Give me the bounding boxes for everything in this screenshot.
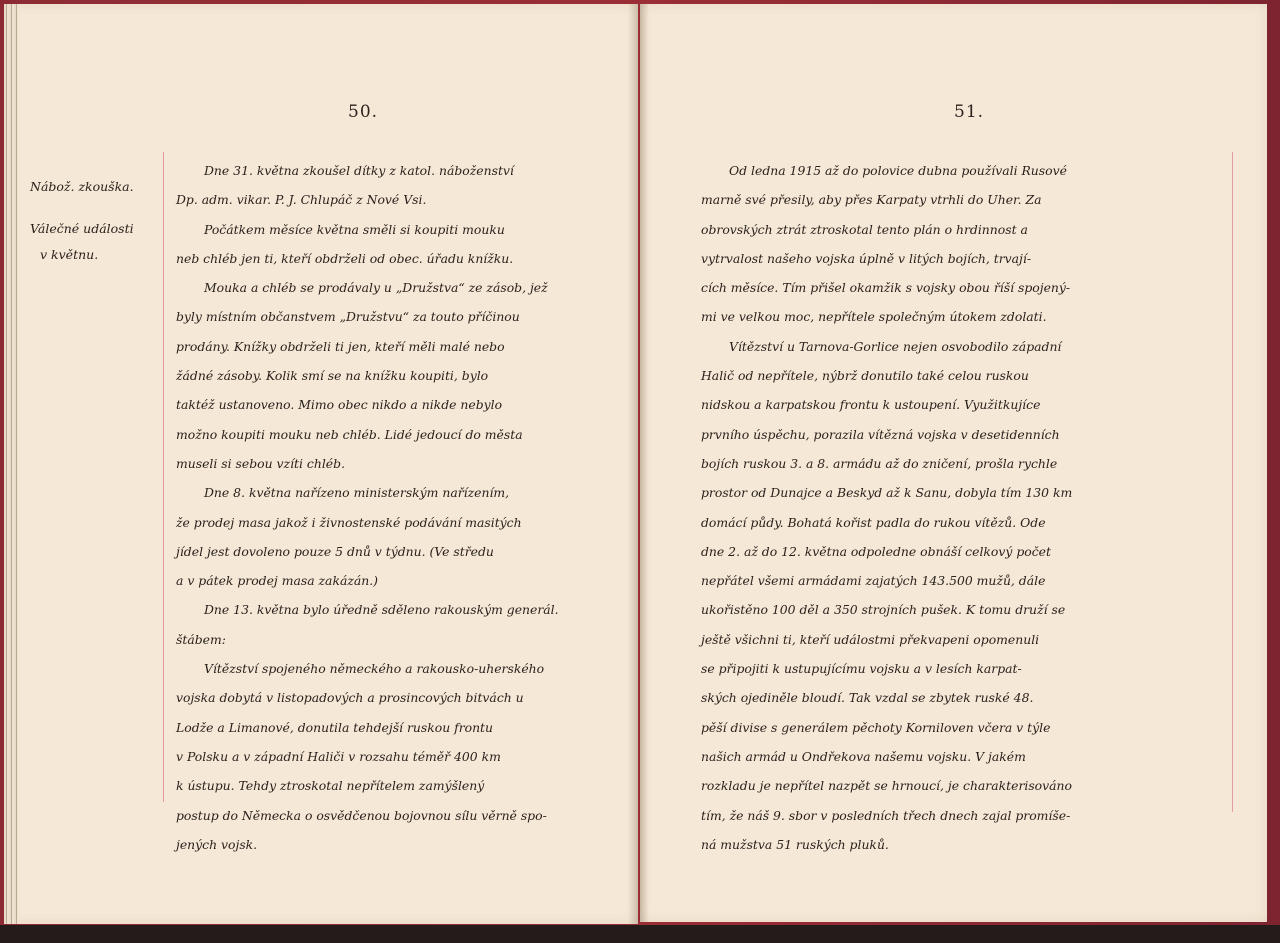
- text-line: Od ledna 1915 až do polovice dubna použí…: [701, 156, 1072, 185]
- text-line: v Polsku a v západní Haliči v rozsahu té…: [176, 742, 559, 771]
- margin-note-war-events: Válečné události v květnu.: [30, 216, 134, 268]
- text-line: našich armád u Ondřekova našemu vojsku. …: [701, 742, 1072, 771]
- text-line: Vítězství u Tarnova-Gorlice nejen osvobo…: [701, 332, 1072, 361]
- text-line: domácí půdy. Bohatá kořist padla do ruko…: [701, 508, 1072, 537]
- right-page: 51. Od ledna 1915 až do polovice dubna p…: [640, 4, 1267, 922]
- text-line: vytrvalost našeho vojska úplně v litých …: [701, 244, 1072, 273]
- text-line: bojích ruskou 3. a 8. armádu až do zniče…: [701, 449, 1072, 478]
- text-line: Dne 8. května nařízeno ministerským naří…: [176, 478, 559, 507]
- text-line: ještě všichni ti, kteří událostmi překva…: [701, 625, 1072, 654]
- page-number: 50.: [348, 102, 378, 122]
- gutter-shadow: [641, 4, 649, 922]
- left-page: 50. Nábož. zkouška. Válečné události v k…: [4, 4, 638, 924]
- text-line: ukořistěno 100 děl a 350 strojních pušek…: [701, 595, 1072, 624]
- text-line: nidskou a karpatskou frontu k ustoupení.…: [701, 390, 1072, 419]
- right-page-text: Od ledna 1915 až do polovice dubna použí…: [701, 156, 1072, 859]
- gutter-shadow: [628, 4, 638, 924]
- text-line: Halič od nepřítele, nýbrž donutilo také …: [701, 361, 1072, 390]
- background-shadow: [0, 925, 1280, 943]
- text-line: taktéž ustanoveno. Mimo obec nikdo a nik…: [176, 390, 559, 419]
- text-line: Vítězství spojeného německého a rakousko…: [176, 654, 559, 683]
- page-number: 51.: [954, 102, 984, 122]
- text-line: mi ve velkou moc, nepřítele společným út…: [701, 302, 1072, 331]
- text-line: postup do Německa o osvědčenou bojovnou …: [176, 801, 559, 830]
- text-line: byly místním občanstvem „Družstvu“ za to…: [176, 302, 559, 331]
- text-line: obrovských ztrát ztroskotal tento plán o…: [701, 215, 1072, 244]
- left-page-text: Dne 31. května zkoušel dítky z katol. ná…: [176, 156, 559, 859]
- text-line: jených vojsk.: [176, 830, 559, 859]
- margin-note-line: v květnu.: [30, 242, 134, 268]
- text-line: rozkladu je nepřítel nazpět se hrnoucí, …: [701, 771, 1072, 800]
- text-line: Mouka a chléb se prodávaly u „Družstva“ …: [176, 273, 559, 302]
- text-line: ná mužstva 51 ruských pluků.: [701, 830, 1072, 859]
- text-line: k ústupu. Tehdy ztroskotal nepřítelem za…: [176, 771, 559, 800]
- text-line: jídel jest dovoleno pouze 5 dnů v týdnu.…: [176, 537, 559, 566]
- text-line: neb chléb jen ti, kteří obdrželi od obec…: [176, 244, 559, 273]
- text-line: že prodej masa jakož i živnostenské podá…: [176, 508, 559, 537]
- margin-note-religious-exam: Nábož. zkouška.: [30, 172, 134, 201]
- text-line: museli si sebou vzíti chléb.: [176, 449, 559, 478]
- text-line: prodány. Knížky obdrželi ti jen, kteří m…: [176, 332, 559, 361]
- text-line: marně své přesily, aby přes Karpaty vtrh…: [701, 185, 1072, 214]
- text-line: pěší divise s generálem pěchoty Kornilov…: [701, 713, 1072, 742]
- text-line: tím, že náš 9. sbor v posledních třech d…: [701, 801, 1072, 830]
- text-line: vojska dobytá v listopadových a prosinco…: [176, 683, 559, 712]
- text-line: se připojiti k ustupujícímu vojsku a v l…: [701, 654, 1072, 683]
- margin-rule: [163, 152, 164, 802]
- page-edges: [4, 4, 18, 924]
- text-line: Počátkem měsíce května směli si koupiti …: [176, 215, 559, 244]
- text-line: štábem:: [176, 625, 559, 654]
- text-line: žádné zásoby. Kolik smí se na knížku kou…: [176, 361, 559, 390]
- margin-rule: [1232, 152, 1233, 812]
- text-line: prvního úspěchu, porazila vítězná vojska…: [701, 420, 1072, 449]
- text-line: prostor od Dunajce a Beskyd až k Sanu, d…: [701, 478, 1072, 507]
- text-line: a v pátek prodej masa zakázán.): [176, 566, 559, 595]
- margin-note-line: Válečné události: [30, 216, 134, 242]
- text-line: Dne 13. května bylo úředně sděleno rakou…: [176, 595, 559, 624]
- text-line: Dne 31. května zkoušel dítky z katol. ná…: [176, 156, 559, 185]
- text-line: ských ojediněle bloudí. Tak vzdal se zby…: [701, 683, 1072, 712]
- text-line: Lodže a Limanové, donutila tehdejší rusk…: [176, 713, 559, 742]
- text-line: Dp. adm. vikar. P. J. Chlupáč z Nové Vsi…: [176, 185, 559, 214]
- text-line: dne 2. až do 12. května odpoledne obnáší…: [701, 537, 1072, 566]
- text-line: cích měsíce. Tím přišel okamžik s vojsky…: [701, 273, 1072, 302]
- text-line: možno koupiti mouku neb chléb. Lidé jedo…: [176, 420, 559, 449]
- text-line: nepřátel všemi armádami zajatých 143.500…: [701, 566, 1072, 595]
